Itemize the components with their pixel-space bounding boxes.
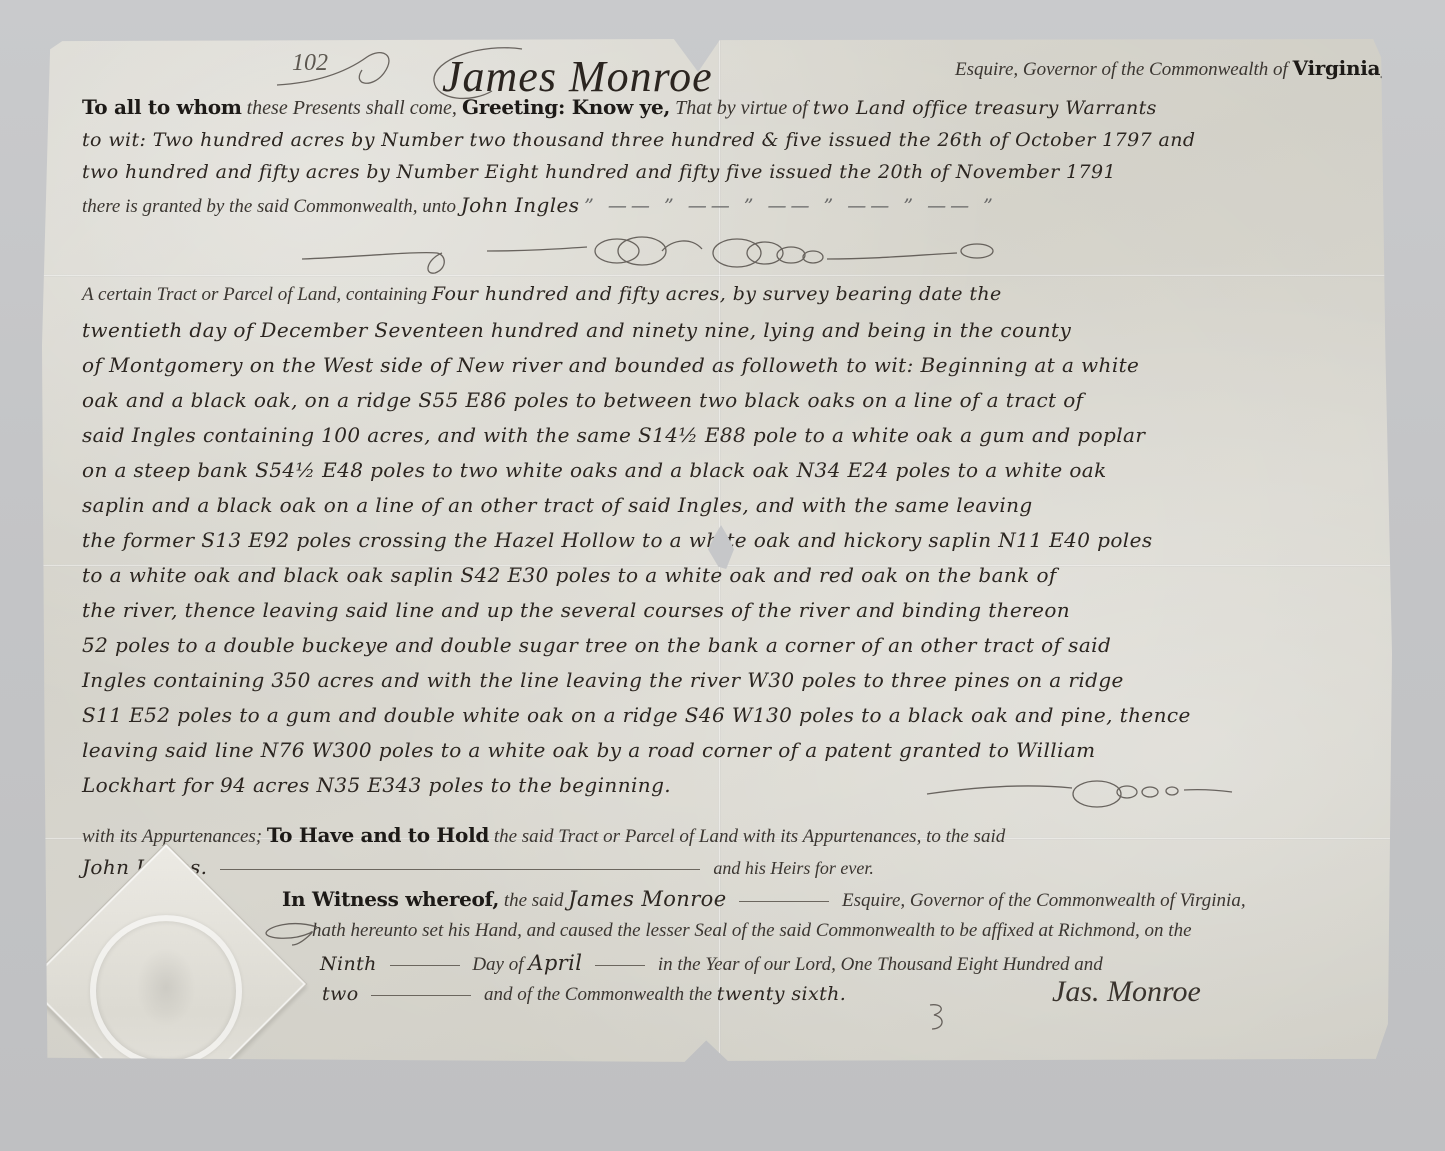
tract-line-8: to a white oak and black oak saplin S42 … (82, 565, 1057, 585)
closing-flourish (922, 772, 1242, 812)
witness-print-2: Esquire, Governor of the Commonwealth of… (842, 890, 1246, 911)
blank-line (220, 869, 700, 870)
blank-line (371, 995, 471, 996)
tract-line-5: on a steep bank S54½ E48 poles to two wh… (82, 460, 1107, 480)
habendum-print-3: and his Heirs for ever. (713, 858, 874, 878)
tract-hand-0: Four hundred and fifty acres, by survey … (432, 283, 1002, 305)
tract-line-3: oak and a black oak, on a ridge S55 E86 … (82, 390, 1084, 410)
seal-figure-icon (136, 947, 196, 1027)
blank-line (739, 901, 829, 902)
grantee-name: John Ingles (461, 193, 580, 217)
witness-print-commonwealth: and of the Commonwealth the (484, 984, 712, 1005)
warrant-line-2: two hundred and fifty acres by Number Ei… (82, 163, 1116, 182)
tract-line-14: Lockhart for 94 acres N35 E343 poles to … (82, 775, 671, 795)
witness-year: two (322, 983, 359, 1005)
blank-line (595, 965, 645, 966)
witness-day: Ninth (320, 953, 377, 975)
witness-flourish (262, 915, 322, 949)
state-name-blackletter: Virginia, (1293, 56, 1387, 80)
witness-month: April (528, 951, 582, 975)
tract-line-0: A certain Tract or Parcel of Land, conta… (82, 285, 1002, 304)
land-grant-document: 102 James Monroe Esquire, Governor of th… (42, 37, 1392, 1065)
seal-ring-icon (90, 915, 242, 1067)
signature-mark (922, 999, 962, 1039)
tract-line-10: 52 poles to a double buckeye and double … (82, 635, 1111, 655)
tract-line-13: leaving said line N76 W300 poles to a wh… (82, 740, 1096, 760)
grantee-print: there is granted by the said Commonwealt… (82, 196, 456, 217)
witness-blackletter: In Witness whereof, (282, 887, 499, 911)
header-flourish (272, 45, 412, 95)
embossed-seal (25, 843, 308, 1126)
tract-line-7: the former S13 E92 poles crossing the Ha… (82, 530, 1153, 550)
witness-print-year: in the Year of our Lord, One Thousand Ei… (658, 954, 1103, 975)
witness-line-2: hath hereunto set his Hand, and caused t… (312, 921, 1192, 940)
tract-line-1: twentieth day of December Seventeen hund… (82, 320, 1071, 340)
greeting-print-2: That by virtue of (675, 97, 808, 119)
greeting-print-1: these Presents shall come, (247, 97, 457, 119)
tract-line-11: Ingles containing 350 acres and with the… (82, 670, 1124, 690)
habendum-print-2: the said Tract or Parcel of Land with it… (494, 826, 1005, 847)
governor-title-text: Esquire, Governor of the Commonwealth of (955, 59, 1288, 80)
warrant-line-1: to wit: Two hundred acres by Number two … (82, 131, 1195, 150)
tract-line-12: S11 E52 poles to a gum and double white … (82, 705, 1191, 725)
tract-line-2: of Montgomery on the West side of New ri… (82, 355, 1139, 375)
greeting-line: To all to whom these Presents shall come… (82, 97, 1157, 118)
habendum-heirs-line: John Ingles. and his Heirs for ever. (82, 857, 874, 878)
governor-signature: Jas. Monroe (1052, 977, 1201, 1007)
witness-print-1: the said (504, 890, 564, 911)
witness-governor-name: James Monroe (568, 887, 726, 911)
greeting-blackletter-1: To all to whom (82, 95, 242, 119)
ditto-marks: ” —— ” —— ” —— ” —— ” —— ” (584, 195, 997, 217)
witness-year-line: two and of the Commonwealth the twenty s… (322, 985, 846, 1004)
witness-commonwealth-year: twenty sixth. (717, 983, 846, 1005)
witness-date-line: Ninth Day of April in the Year of our Lo… (320, 953, 1103, 974)
greeting-handwritten: two Land office treasury Warrants (813, 97, 1157, 119)
governor-title-header: Esquire, Governor of the Commonwealth of… (955, 58, 1387, 79)
habendum-blackletter: To Have and to Hold (267, 823, 489, 847)
witness-line-1: In Witness whereof, the said James Monro… (282, 889, 1246, 910)
habendum-print-1: with its Appurtenances; (82, 826, 262, 847)
tract-line-9: the river, thence leaving said line and … (82, 600, 1070, 620)
witness-print-day: Day of (472, 954, 523, 975)
habendum-line: with its Appurtenances; To Have and to H… (82, 825, 1005, 846)
tract-line-4: said Ingles containing 100 acres, and wi… (82, 425, 1145, 445)
tract-line-6: saplin and a black oak on a line of an o… (82, 495, 1033, 515)
grantee-line: there is granted by the said Commonwealt… (82, 195, 997, 216)
governor-name-header: James Monroe (442, 55, 713, 99)
ornamental-flourish (297, 229, 1017, 279)
blank-line (390, 965, 460, 966)
greeting-blackletter-2: Greeting: Know ye, (462, 95, 670, 119)
tract-print-intro: A certain Tract or Parcel of Land, conta… (82, 284, 427, 305)
